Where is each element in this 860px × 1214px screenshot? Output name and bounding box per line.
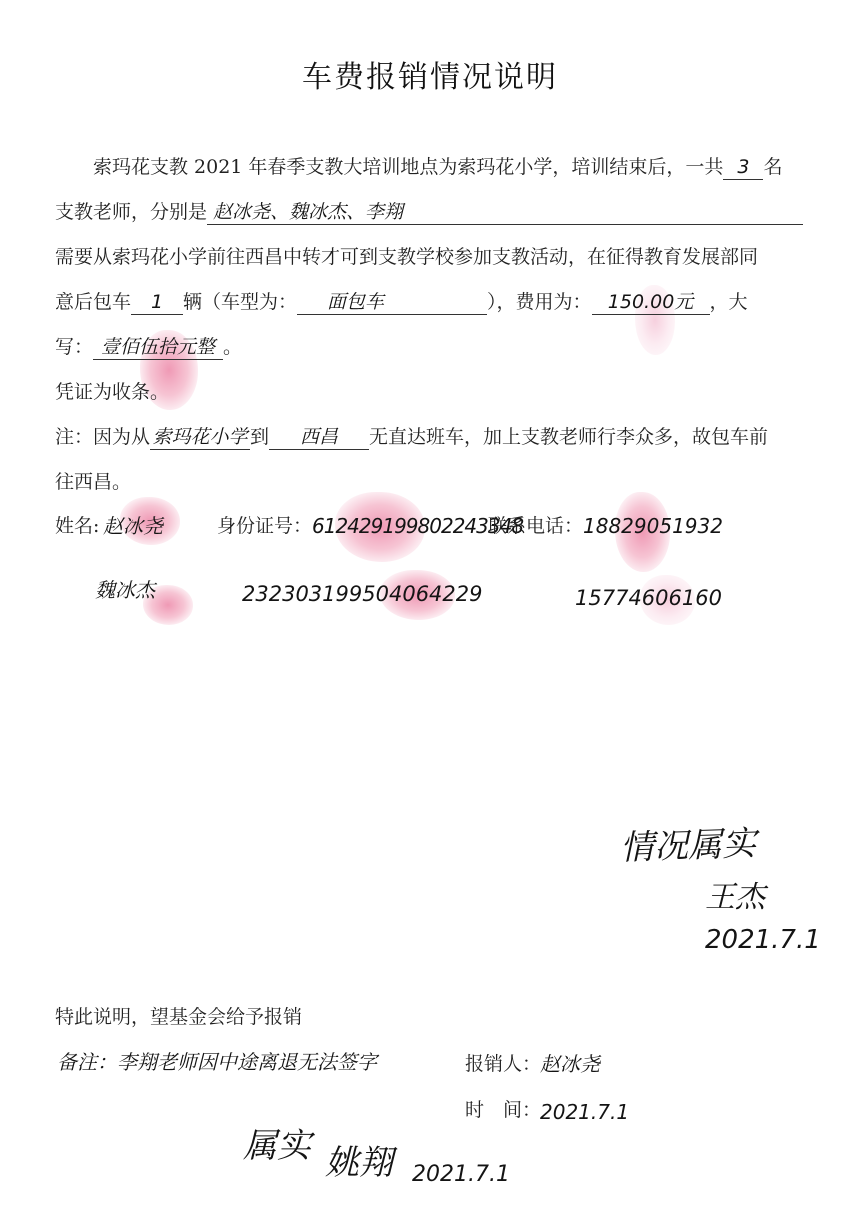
- para1-unit: 名: [763, 156, 782, 178]
- charter-label: 意后包车: [55, 291, 131, 313]
- note-prefix: 注：因为从: [55, 426, 150, 448]
- remark: 备注：李翔老师因中途离退无法签字: [57, 1050, 377, 1074]
- document-title: 车费报销情况说明: [0, 52, 860, 96]
- vehicle-type-label: 辆（车型为：: [183, 291, 297, 313]
- period: 。: [223, 336, 242, 358]
- person-phone: 15774606160: [575, 586, 722, 610]
- vehicle-type-field: 面包车: [297, 290, 487, 315]
- bottom-signature-text: 属实: [243, 1118, 311, 1167]
- claim-date: 2021.7.1: [540, 1100, 629, 1124]
- teacher-count-field: 3: [723, 155, 763, 180]
- person-name: 赵冰尧: [103, 514, 163, 538]
- para1-line1: 索玛花支教 2021 年春季支教大培训地点为索玛花小学，培训结束后，一共3名: [93, 155, 782, 180]
- fee-uppercase-field: 壹佰伍拾元整: [93, 335, 223, 360]
- bottom-signature-date: 2021.7.1: [412, 1162, 510, 1187]
- vehicle-count-field: 1: [131, 290, 183, 315]
- name-label: 姓名:: [55, 514, 99, 538]
- phone-label: 联系电话：: [488, 514, 583, 538]
- from-location-field: 索玛花小学: [150, 425, 250, 450]
- person-id-number: 232303199504064229: [242, 582, 483, 606]
- claimant-label: 报销人：: [465, 1052, 541, 1076]
- verification-text: 情况属实: [619, 816, 757, 870]
- para1-line3: 需要从索玛花小学前往西昌中转才可到支教学校参加支教活动，在征得教育发展部同: [55, 245, 758, 269]
- to-location-field: 西昌: [269, 425, 369, 450]
- voucher-line: 凭证为收条。: [55, 380, 169, 404]
- to-label: 到: [250, 426, 269, 448]
- id-label: 身份证号：: [217, 514, 312, 538]
- note-suffix: 无直达班车，加上支教老师行李众多，故包车前: [369, 426, 768, 448]
- para1-line4: 意后包车1辆（车型为：面包车），费用为：150.00元，大: [55, 290, 748, 315]
- closing-statement: 特此说明，望基金会给予报销: [55, 1005, 302, 1029]
- uppercase-label-2: 写：: [55, 336, 93, 358]
- note-line1: 注：因为从索玛花小学到西昌无直达班车，加上支教老师行李众多，故包车前: [55, 425, 768, 450]
- person-name: 魏冰杰: [95, 578, 155, 602]
- teacher-names-label: 支教老师，分别是: [55, 201, 207, 223]
- time-label: 时 间：: [465, 1098, 541, 1122]
- claimant-name: 赵冰尧: [540, 1052, 600, 1076]
- para1-text: 索玛花支教 2021 年春季支教大培训地点为索玛花小学，培训结束后，一共: [93, 156, 723, 178]
- teacher-names-field: 赵冰尧、魏冰杰、李翔: [207, 200, 803, 225]
- person-phone: 18829051932: [583, 514, 723, 538]
- bottom-signature-signer: 姚翔: [325, 1135, 393, 1184]
- uppercase-label: ，大: [710, 291, 748, 313]
- para1-line2: 支教老师，分别是赵冰尧、魏冰杰、李翔: [55, 200, 803, 225]
- verification-signer: 王杰: [705, 872, 765, 916]
- fee-label: ），费用为：: [487, 291, 592, 313]
- para1-line5: 写：壹佰伍拾元整。: [55, 335, 242, 360]
- fee-field: 150.00元: [592, 290, 710, 315]
- note-line2: 往西昌。: [55, 470, 131, 494]
- verification-date: 2021.7.1: [705, 925, 821, 955]
